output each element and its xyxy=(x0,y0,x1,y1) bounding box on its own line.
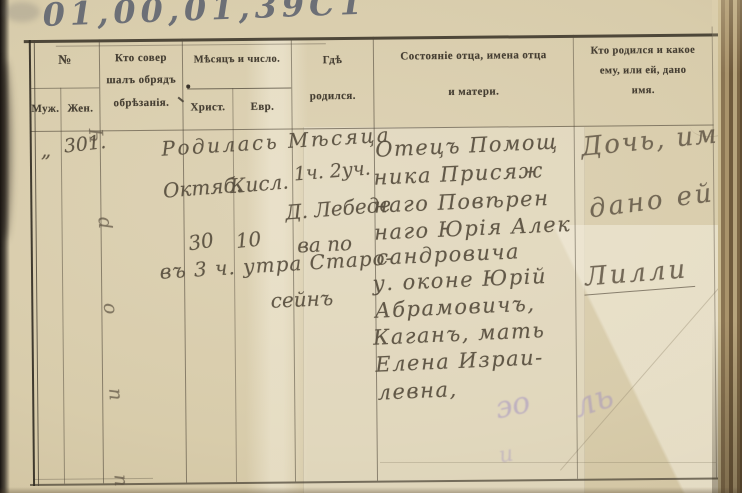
entry-child-line2: дано ей xyxy=(587,178,716,224)
entry-vertical-flourish: и и о р Ч xyxy=(84,94,130,488)
entry-day-christian: 30 xyxy=(187,228,216,256)
month-column-split-line xyxy=(187,88,291,90)
header-name-line3: имя. xyxy=(574,84,712,96)
table-top-border-shadow xyxy=(56,43,326,47)
header-father-line1: Состояніе отца, имена отца xyxy=(374,49,573,63)
header-male: Муж. xyxy=(29,103,61,115)
record-table: № Муж. Жен. Кто совер шалъ обрядъ обрѣза… xyxy=(0,0,742,493)
ink-dot xyxy=(186,84,190,88)
book-edge-shading xyxy=(712,0,742,493)
violet-scribble-1: эо xyxy=(492,385,533,426)
entry-birthplace-line3: ва по xyxy=(297,231,353,257)
scanned-metric-book-page: 01,00,01,39С1 № Муж. Жен. Кто совер шалъ… xyxy=(0,0,742,493)
entry-father-line3: наго Повѣрен xyxy=(373,186,550,218)
header-no: № xyxy=(31,51,99,68)
entry-male-ditto-mark: „ xyxy=(41,138,52,162)
bottom-scan-edge xyxy=(0,487,742,493)
entry-father-line8: Каганъ, мать xyxy=(373,318,546,350)
entry-father-line10: левна, xyxy=(377,377,458,405)
table-top-border xyxy=(24,33,720,42)
table-bottom-border-shadow xyxy=(33,478,153,480)
entry-birthplace-line1: 1ч. 2уч. xyxy=(293,157,371,185)
header-month-christian: Христ. xyxy=(183,101,232,113)
header-father-line2: и матери. xyxy=(374,85,573,99)
header-where-line1: Гдѣ xyxy=(292,54,373,67)
entry-father-line7: Абрамовичъ, xyxy=(374,292,536,323)
header-where-line2: родился. xyxy=(292,90,373,103)
header-officiant-line1: Кто совер xyxy=(100,52,182,65)
entry-time-continuation: сейнъ xyxy=(270,286,333,313)
header-name-line2: ему, или ей, дано xyxy=(574,64,712,76)
entry-father-line4: наго Юрія Алек xyxy=(374,212,572,245)
entry-child-name-underlined: Лилли xyxy=(582,254,696,296)
header-officiant-line2: шалъ обрядъ xyxy=(100,74,182,87)
entry-day-hebrew: 10 xyxy=(235,227,263,253)
entry-father-line1: Отецъ Помощ xyxy=(375,130,559,162)
header-month-title: Мѣсяцъ и число. xyxy=(183,54,291,66)
entry-month-hebrew: Кисл. xyxy=(229,169,289,198)
no-column-split-line xyxy=(31,87,99,89)
header-officiant-line3: обрѣзанія. xyxy=(100,97,182,110)
header-month-hebrew: Евр. xyxy=(233,101,291,114)
header-name-line1: Кто родился и какое xyxy=(574,44,712,56)
entry-father-line2: ника Присяж xyxy=(373,158,544,190)
top-left-smudge xyxy=(4,2,40,22)
entry-father-line9: Елена Израи- xyxy=(375,345,544,376)
entry-father-line6: у. оконе Юрій xyxy=(372,264,547,296)
